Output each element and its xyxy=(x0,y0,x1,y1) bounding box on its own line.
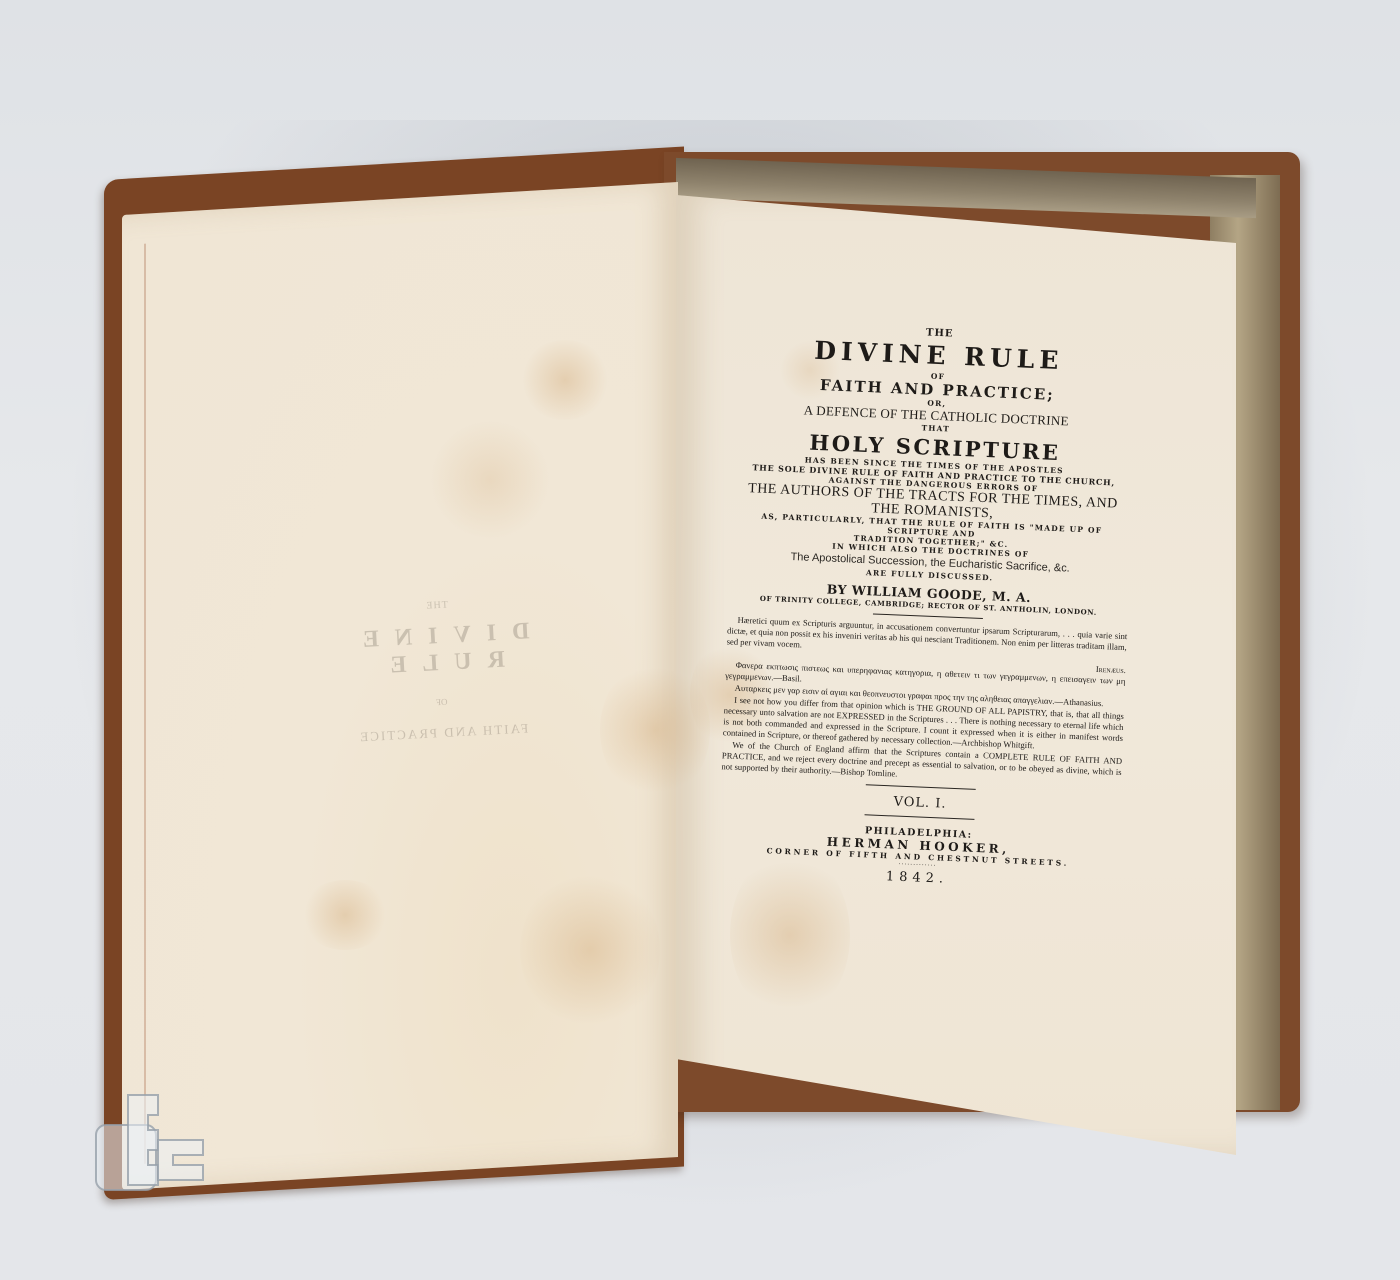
foxing-stain xyxy=(300,880,390,950)
foxing-stain xyxy=(520,340,610,420)
epigraph-quotes: Hæretici quum ex Scripturis arguuntur, i… xyxy=(721,614,1127,789)
divider-rule xyxy=(873,613,983,619)
divider-rule xyxy=(866,784,976,790)
title-page-text: THE DIVINE RULE OF FAITH AND PRACTICE; O… xyxy=(717,320,1140,894)
foxing-stain xyxy=(520,870,660,1030)
foxing-stain xyxy=(430,420,550,540)
volume-label: VOL. I. xyxy=(720,787,1120,819)
bleed-line: OF xyxy=(292,689,592,715)
bleed-through-text: THE DIVINE RULE OF FAITH AND PRACTICE xyxy=(287,592,594,749)
bleed-line: DIVINE RULE xyxy=(288,615,590,685)
page-clip-icon xyxy=(88,1090,218,1200)
divider-rule xyxy=(865,814,975,820)
